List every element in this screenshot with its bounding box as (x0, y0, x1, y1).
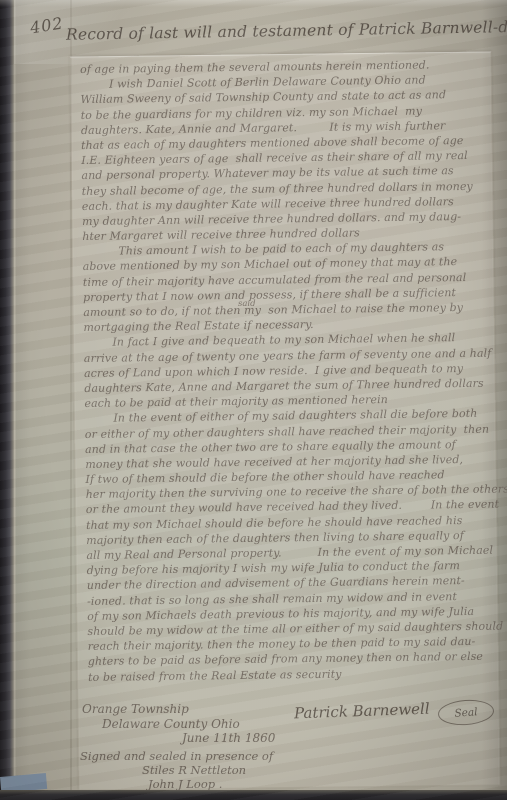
scanned-will-record-page: 402 Record of last will and testament of… (0, 0, 507, 800)
page-number: 402 (29, 13, 65, 37)
date-line: June 11th 1860 (182, 731, 275, 745)
witness-attestation: Signed and sealed in presence of (80, 749, 273, 763)
will-body-text: of age in paying them the several amount… (80, 57, 502, 685)
seal-label: Seal (454, 706, 478, 720)
photo-bottom-edge (0, 790, 507, 800)
top-edge-highlight (0, 0, 507, 7)
place-township: Orange Township (82, 702, 189, 716)
place-county: Delaware County Ohio (102, 717, 240, 731)
record-title: Record of last will and testament of Pat… (66, 18, 502, 44)
witness-signature-1: Stiles R Nettleton (142, 763, 246, 777)
book-binding-edge (0, 0, 16, 800)
interlinear-insertion: said (238, 299, 256, 309)
witness-signature-2: John J Loop . (148, 777, 222, 791)
